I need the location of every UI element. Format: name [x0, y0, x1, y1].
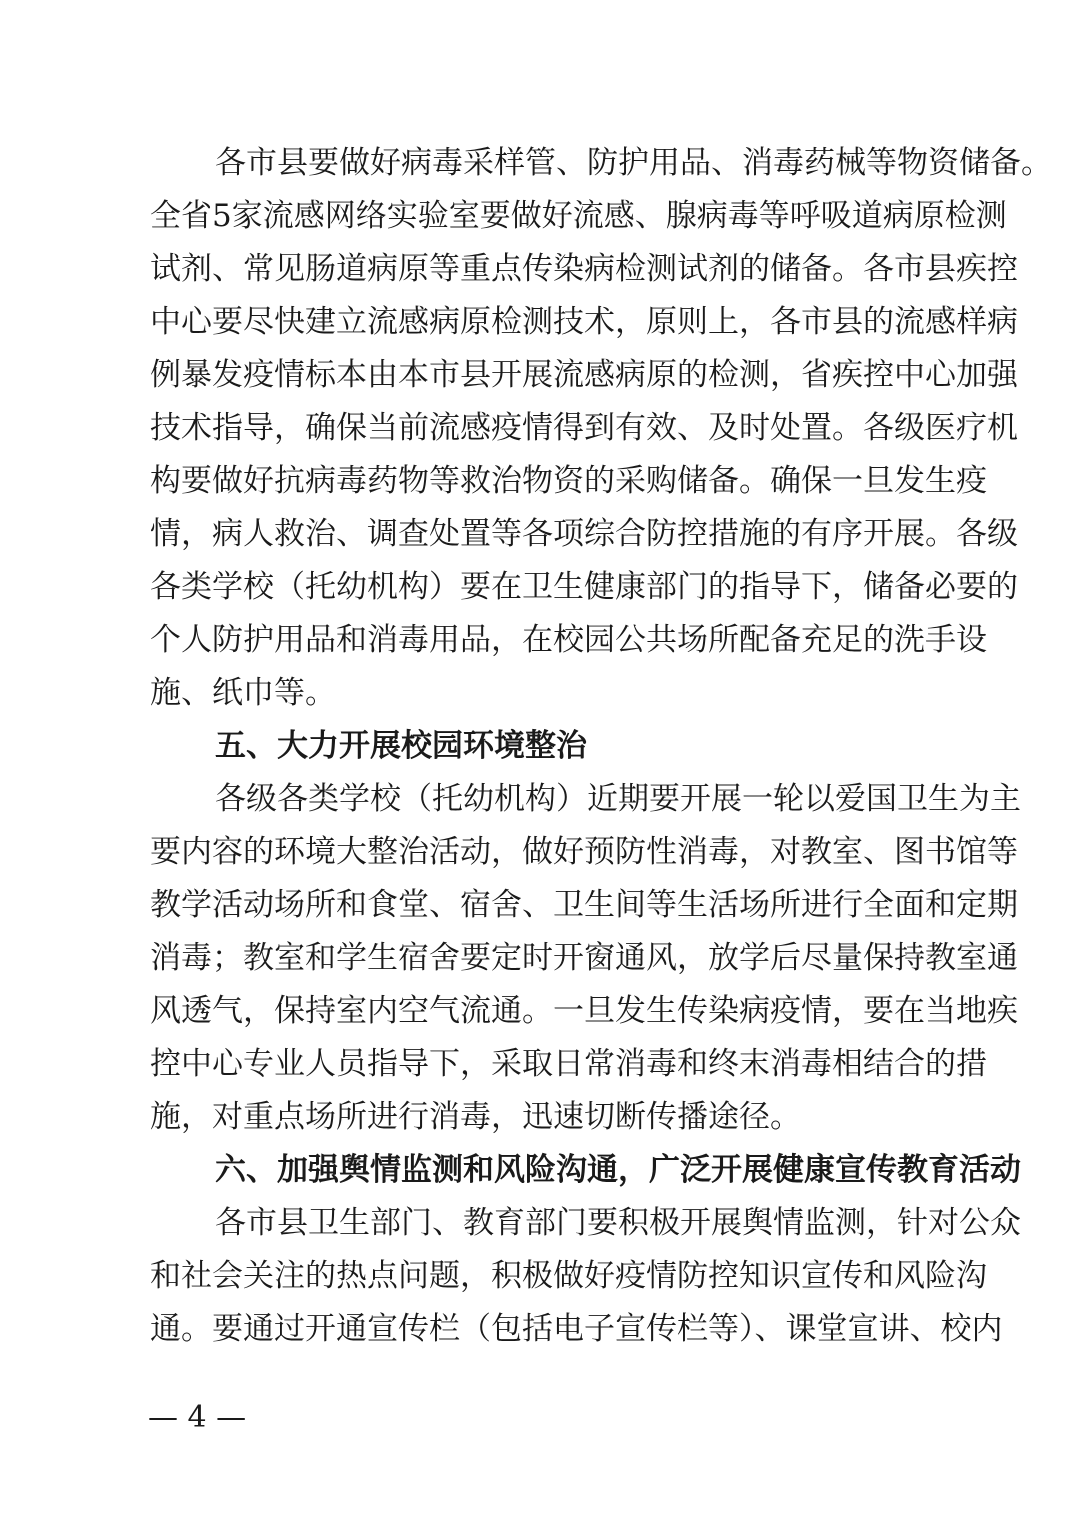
paragraph-line: 施，对重点场所进行消毒，迅速切断传播途径。	[150, 1091, 950, 1144]
paragraph-line: 例暴发疫情标本由本市县开展流感病原的检测，省疾控中心加强	[150, 349, 950, 402]
paragraph-line: 风透气，保持室内空气流通。一旦发生传染病疫情，要在当地疾	[150, 985, 950, 1038]
paragraph-line: 教学活动场所和食堂、宿舍、卫生间等生活场所进行全面和定期	[150, 879, 950, 932]
paragraph-line: 各类学校（托幼机构）要在卫生健康部门的指导下，储备必要的	[150, 561, 950, 614]
document-page: 各市县要做好病毒采样管、防护用品、消毒药械等物资储备。 全省5家流感网络实验室要…	[0, 0, 1080, 1533]
paragraph-line: 各市县要做好病毒采样管、防护用品、消毒药械等物资储备。	[215, 137, 950, 190]
paragraph-line: 施、纸巾等。	[150, 667, 950, 720]
paragraph-line: 各级各类学校（托幼机构）近期要开展一轮以爱国卫生为主	[215, 773, 950, 826]
paragraph-line: 个人防护用品和消毒用品，在校园公共场所配备充足的洗手设	[150, 614, 950, 667]
paragraph-line: 控中心专业人员指导下，采取日常消毒和终末消毒相结合的措	[150, 1038, 950, 1091]
section-heading-6: 六、加强舆情监测和风险沟通，广泛开展健康宣传教育活动	[215, 1144, 950, 1197]
paragraph-line: 和社会关注的热点问题，积极做好疫情防控知识宣传和风险沟	[150, 1250, 950, 1303]
paragraph-line: 试剂、常见肠道病原等重点传染病检测试剂的储备。各市县疾控	[150, 243, 950, 296]
paragraph-line: 构要做好抗病毒药物等救治物资的采购储备。确保一旦发生疫	[150, 455, 950, 508]
paragraph-line: 消毒；教室和学生宿舍要定时开窗通风，放学后尽量保持教室通	[150, 932, 950, 985]
page-number: — 4 —	[148, 1398, 246, 1438]
paragraph-line: 通。要通过开通宣传栏（包括电子宣传栏等）、课堂宣讲、校内	[150, 1303, 950, 1356]
paragraph-line: 全省5家流感网络实验室要做好流感、腺病毒等呼吸道病原检测	[150, 190, 950, 243]
section-heading-5: 五、大力开展校园环境整治	[215, 720, 950, 773]
paragraph-line: 要内容的环境大整治活动，做好预防性消毒，对教室、图书馆等	[150, 826, 950, 879]
paragraph-line: 中心要尽快建立流感病原检测技术，原则上，各市县的流感样病	[150, 296, 950, 349]
paragraph-line: 技术指导，确保当前流感疫情得到有效、及时处置。各级医疗机	[150, 402, 950, 455]
paragraph-line: 各市县卫生部门、教育部门要积极开展舆情监测，针对公众	[215, 1197, 950, 1250]
paragraph-line: 情，病人救治、调查处置等各项综合防控措施的有序开展。各级	[150, 508, 950, 561]
